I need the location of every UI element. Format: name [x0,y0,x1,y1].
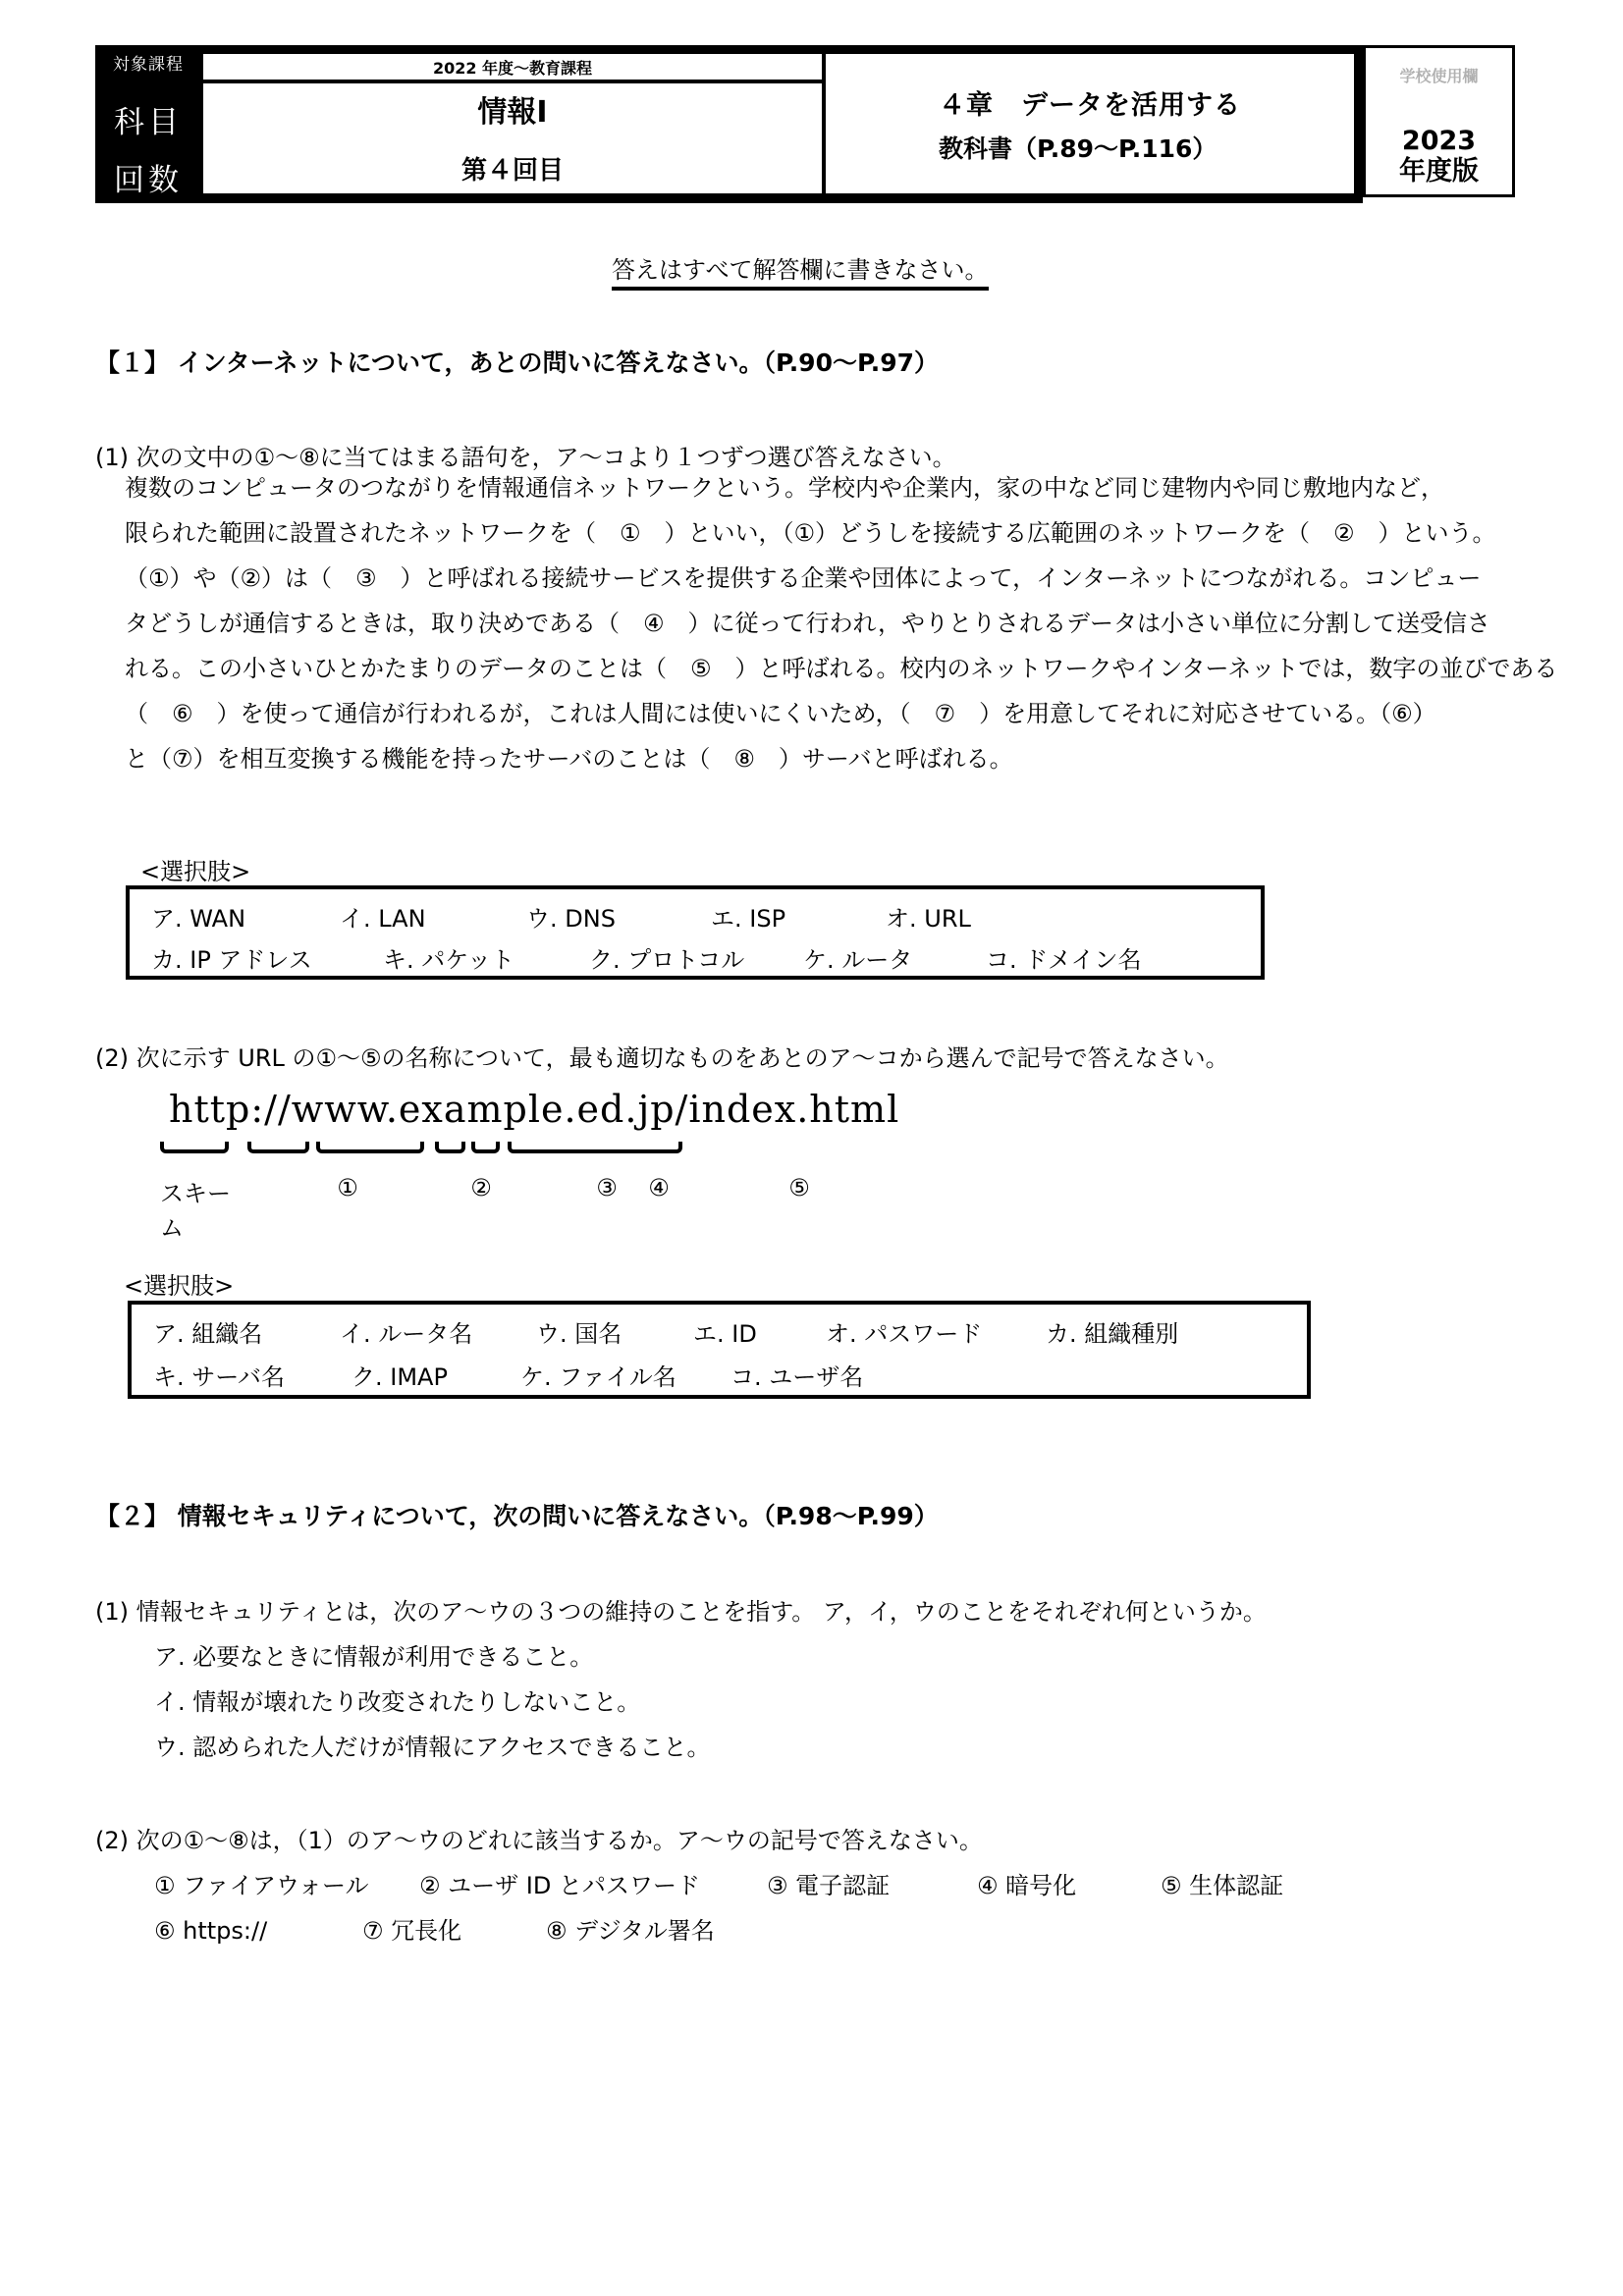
choice-item: ウ. 国名 [536,1314,693,1349]
choice-item: カ. 組織種別 [1046,1314,1178,1349]
brace-part-2 [316,1142,424,1153]
choice-item: ウ. DNS [526,899,711,934]
edition-year-suffix: 年度版 [1366,156,1512,187]
choice-item: コ. ドメイン名 [986,940,1142,975]
brace-part-3 [435,1142,465,1153]
school-use-box: 学校使用欄 2023 年度版 [1363,45,1515,197]
choice-item: ア. 組織名 [153,1314,340,1349]
choice-item: オ. パスワード [826,1314,1046,1349]
s2-q2-row: ⑥ https://⑦ 冗長化⑧ デジタル署名 [154,1911,715,1946]
brace-scheme [160,1142,229,1153]
instruction: 答えはすべて解答欄に書きなさい。 [612,250,989,291]
s2-q1-item: ア. 必要なときに情報が利用できること。 [154,1637,593,1672]
s2-q1-prompt: (1) 情報セキュリティとは，次のア～ウの３つの維持のことを指す。 ア，イ，ウの… [95,1592,1267,1627]
s1-q1-passage: 複数のコンピュータのつながりを情報通信ネットワークという。学校内や企業内，家の中… [125,465,1557,781]
s2-q1-item: ウ. 認められた人だけが情報にアクセスできること。 [154,1728,711,1762]
choice-item: イ. ルータ名 [340,1314,536,1349]
chapter-title: ４章 データを活用する [939,83,1241,122]
label-scheme: スキーム [160,1174,248,1243]
choice-row: カ. IP アドレスキ. パケットク. プロトコルケ. ルータコ. ドメイン名 [151,940,1142,975]
passage-line: 限られた範囲に設置されたネットワークを（ ① ）といい，（①）どうしを接続する広… [125,510,1557,556]
s2-q2-item: ⑤ 生体認証 [1161,1872,1283,1899]
s2-q2-item: ⑦ 冗長化 [362,1911,546,1946]
choice-item: イ. LAN [340,899,526,934]
passage-line: と（⑦）を相互変換する機能を持ったサーバのことは（ ⑧ ）サーバと呼ばれる。 [125,736,1557,781]
label-part-4: ④ [639,1174,678,1201]
passage-line: （①）や（②）は（ ③ ）と呼ばれる接続サービスを提供する企業や団体によって，イ… [125,556,1557,601]
section1-title: 【１】 インターネットについて，あとの問いに答えなさい。（P.90～P.97） [95,344,939,379]
section2-title: 【２】 情報セキュリティについて，次の問いに答えなさい。（P.98～P.99） [95,1497,939,1532]
url-example: http://www.example.ed.jp/index.html [169,1088,899,1131]
s2-q1-item: イ. 情報が壊れたり改変されたりしないこと。 [154,1682,640,1717]
label-part-5: ⑤ [780,1174,819,1201]
round-value: 第４回目 [461,150,564,187]
passage-line: れる。この小さいひとかたまりのデータのことは（ ⑤ ）と呼ばれる。校内のネットワ… [125,646,1557,691]
school-use-label: 学校使用欄 [1366,64,1512,86]
course-value: 2022 年度～教育課程 [203,54,822,80]
subject-cell: 情報Ⅰ 第４回目 [203,83,822,193]
choice-item: ケ. ファイル名 [520,1358,730,1392]
choice-item: ク. IMAP [352,1358,520,1392]
brace-part-5 [508,1142,682,1153]
s1-q2-choices-box: ア. 組織名イ. ルータ名ウ. 国名エ. IDオ. パスワードカ. 組織種別 キ… [128,1301,1311,1399]
choice-item: キ. サーバ名 [153,1358,352,1392]
round-label: 回数 [95,155,201,199]
s2-q2-prompt: (2) 次の①～⑧は，（1）のア～ウのどれに該当するか。ア～ウの記号で答えなさい… [95,1821,983,1855]
edition-year: 2023 年度版 [1366,126,1512,187]
course-label: 対象課程 [95,50,201,75]
edition-year-number: 2023 [1366,126,1512,156]
s2-q2-row: ① ファイアウォール② ユーザ ID とパスワード③ 電子認証④ 暗号化⑤ 生体… [154,1866,1283,1900]
brace-part-1 [247,1142,309,1153]
choice-item: エ. ID [693,1314,826,1349]
choice-row: ア. WANイ. LANウ. DNSエ. ISPオ. URL [151,899,971,934]
s2-q2-item: ② ユーザ ID とパスワード [419,1866,767,1900]
choice-item: コ. ユーザ名 [730,1358,863,1392]
s2-q2-item: ① ファイアウォール [154,1866,419,1900]
subject-value: 情報Ⅰ [477,87,547,131]
subject-label: 科目 [95,97,201,141]
s1-q2-prompt: (2) 次に示す URL の①～⑤の名称について，最も適切なものをあとのア～コか… [95,1039,1229,1073]
choice-item: ケ. ルータ [803,940,986,975]
s2-q2-item: ⑥ https:// [154,1917,362,1945]
choice-item: ア. WAN [151,899,340,934]
passage-line: タどうしが通信するときは，取り決めである（ ④ ）に従って行われ，やりとりされる… [125,601,1557,646]
choice-item: ク. プロトコル [589,940,803,975]
choice-item: カ. IP アドレス [151,940,383,975]
choice-row: キ. サーバ名ク. IMAPケ. ファイル名コ. ユーザ名 [153,1358,863,1392]
choice-item: キ. パケット [383,940,589,975]
choice-item: オ. URL [886,899,971,934]
s1-q1-choices-label: <選択肢> [140,852,250,886]
chapter-cell: ４章 データを活用する 教科書（P.89～P.116） [826,54,1354,193]
passage-line: （ ⑥ ）を使って通信が行われるが，これは人間には使いにくいため，（ ⑦ ）を用… [125,691,1557,736]
label-part-3: ③ [587,1174,626,1201]
s2-q2-item: ③ 電子認証 [767,1866,977,1900]
header-block: 対象課程 科目 回数 2022 年度～教育課程 情報Ⅰ 第４回目 ４章 データを… [95,45,1363,203]
s2-q2-item: ⑧ デジタル署名 [546,1917,715,1945]
textbook-pages: 教科書（P.89～P.116） [939,130,1217,165]
label-part-1: ① [328,1174,367,1201]
brace-part-4 [471,1142,500,1153]
s2-q2-item: ④ 暗号化 [977,1866,1161,1900]
s1-q1-choices-box: ア. WANイ. LANウ. DNSエ. ISPオ. URL カ. IP アドレ… [126,885,1265,980]
passage-line: 複数のコンピュータのつながりを情報通信ネットワークという。学校内や企業内，家の中… [125,465,1557,510]
label-part-2: ② [461,1174,501,1201]
s1-q2-choices-label: <選択肢> [124,1266,234,1301]
choice-item: エ. ISP [711,899,886,934]
choice-row: ア. 組織名イ. ルータ名ウ. 国名エ. IDオ. パスワードカ. 組織種別 [153,1314,1178,1349]
